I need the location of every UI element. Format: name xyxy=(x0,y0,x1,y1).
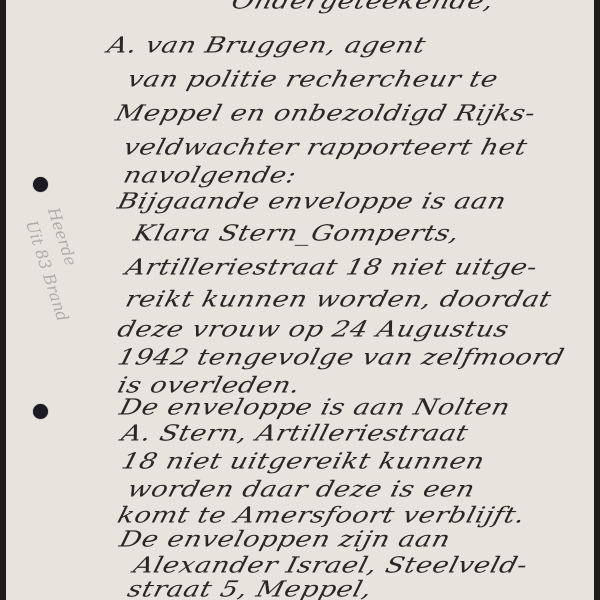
text-line-18: De enveloppen zijn aan xyxy=(117,527,453,552)
text-line-3: Meppel en onbezoldigd Rijks- xyxy=(113,101,538,126)
text-line-9: reikt kunnen worden, doordat xyxy=(123,287,554,312)
text-line-7: Klara Stern_Gomperts, xyxy=(131,221,462,246)
text-line-4: veldwachter rapporteert het xyxy=(121,135,530,160)
text-line-17: komt te Amersfoort verblijft. xyxy=(115,503,528,528)
scan-edge-right xyxy=(594,0,600,600)
text-line-2: van politie rechercheur te xyxy=(125,67,501,92)
text-line-1: A. van Bruggen, agent xyxy=(105,33,429,58)
text-line-19: Alexander Israel, Steelveld- xyxy=(131,553,530,578)
text-line-13: De enveloppe is aan Nolten xyxy=(117,395,513,420)
text-line-0: Ondergeteekende, xyxy=(229,0,497,14)
text-line-11: 1942 tengevolge van zelfmoord xyxy=(115,345,567,370)
text-line-14: A. Stern, Artilleriestraat xyxy=(119,421,471,446)
text-line-8: Artilleriestraat 18 niet uitge- xyxy=(123,255,540,280)
text-line-10: deze vrouw op 24 Augustus xyxy=(115,317,512,342)
text-line-16: worden daar deze is een xyxy=(125,477,478,502)
text-line-6: Bijgaande enveloppe is aan xyxy=(115,189,509,214)
punch-hole-top xyxy=(33,177,48,192)
text-line-20: straat 5, Meppel, xyxy=(125,577,375,600)
punch-hole-bottom xyxy=(33,404,48,419)
text-line-5: navolgende: xyxy=(121,163,299,188)
scan-edge-left xyxy=(0,0,6,600)
text-line-15: 18 niet uitgereikt kunnen xyxy=(119,449,488,474)
